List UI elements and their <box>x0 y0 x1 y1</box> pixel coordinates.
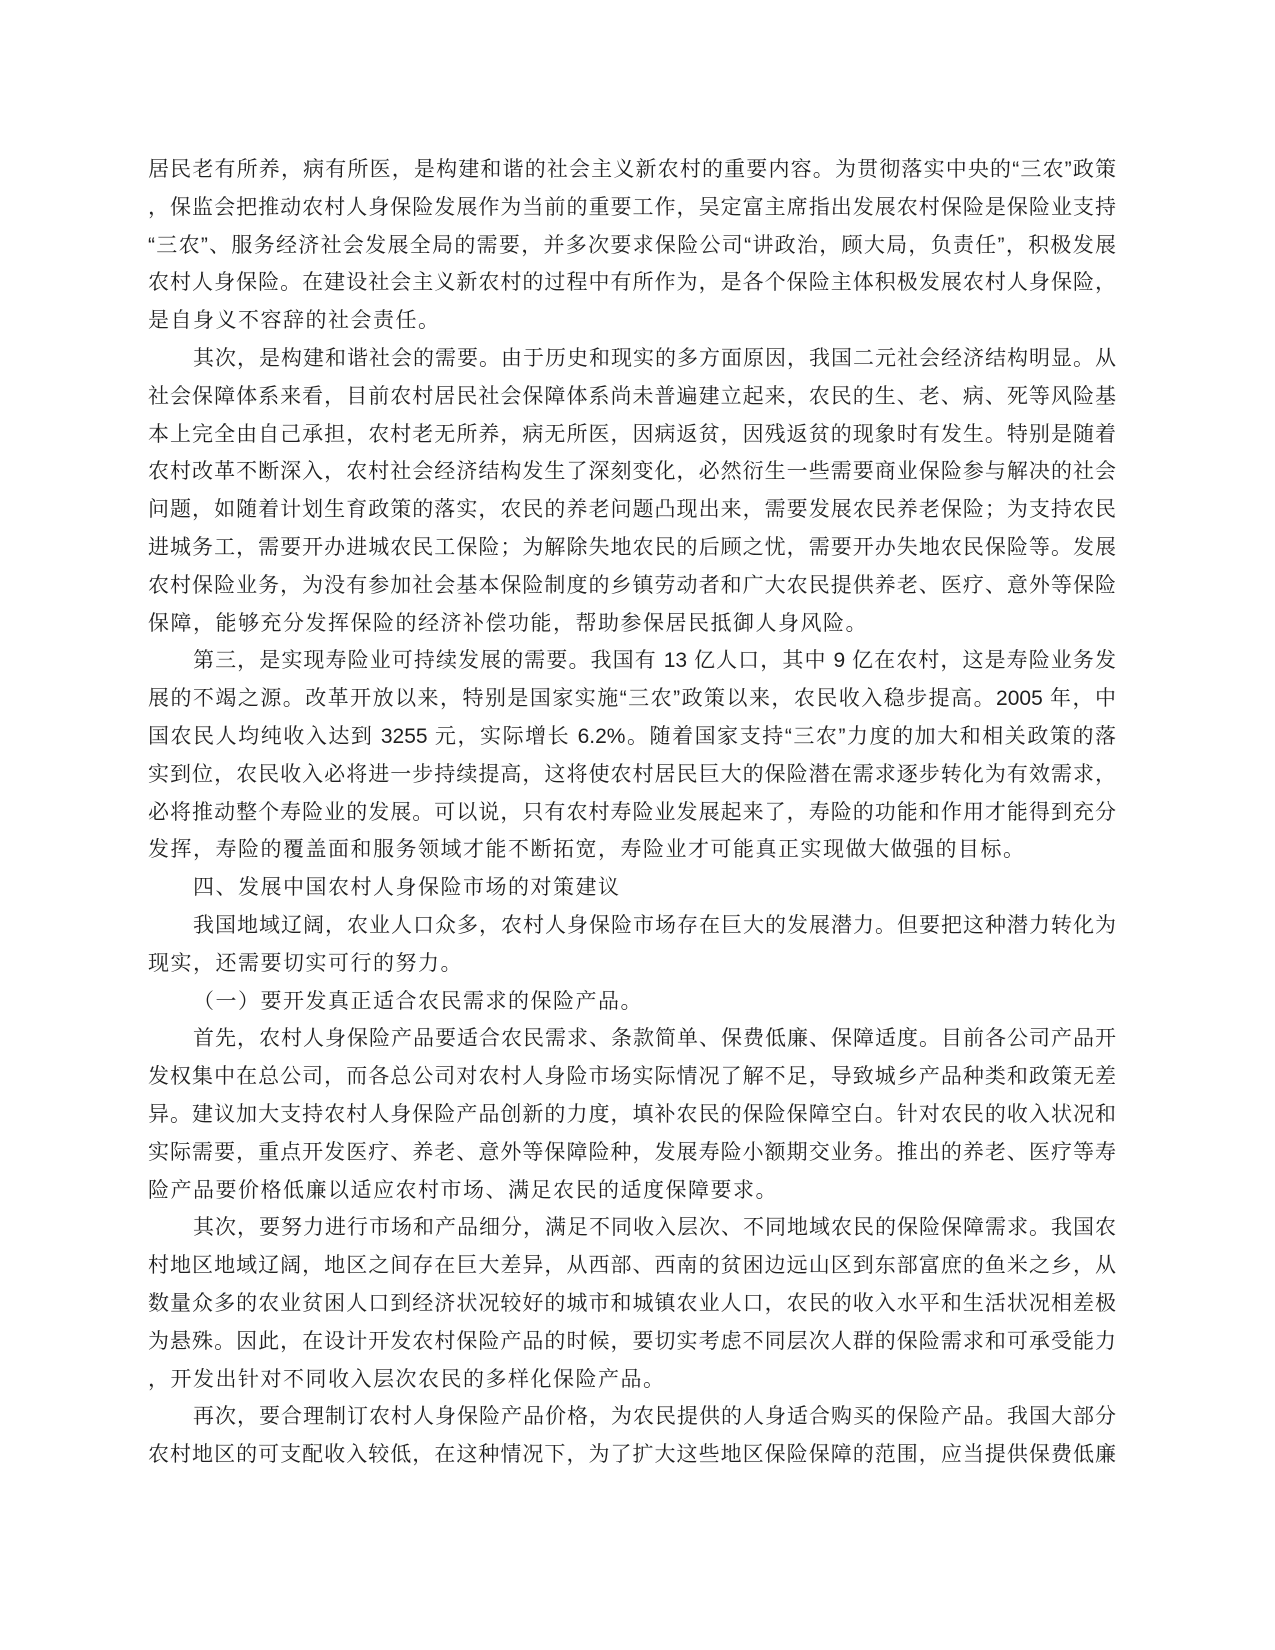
paragraph: 首先，农村人身保险产品要适合农民需求、条款简单、保费低廉、保障适度。目前各公司产… <box>148 1020 1116 1209</box>
subsection-heading: （一）要开发真正适合农民需求的保险产品。 <box>148 983 1116 1021</box>
text-line: 农村人身保险。在建设社会主义新农村的过程中有所作为，是各个保险主体积极发展农村人… <box>148 264 1116 302</box>
section-heading: 四、发展中国农村人身保险市场的对策建议 <box>148 869 1116 907</box>
text-line: 进城务工，需要开办进城农民工保险；为解除失地农民的后顾之忧，需要开办失地农民保险… <box>148 529 1116 567</box>
text-line: 第三，是实现寿险业可持续发展的需要。我国有 13 亿人口，其中 9 亿在农村，这… <box>148 642 1116 680</box>
paragraph: 第三，是实现寿险业可持续发展的需要。我国有 13 亿人口，其中 9 亿在农村，这… <box>148 642 1116 869</box>
text-line: ，保监会把推动农村人身保险发展作为当前的重要工作，吴定富主席指出发展农村保险是保… <box>148 189 1116 227</box>
paragraph: 再次，要合理制订农村人身保险产品价格，为农民提供的人身适合购买的保险产品。我国大… <box>148 1398 1116 1474</box>
text-line: 发权集中在总公司，而各总公司对农村人身险市场实际情况了解不足，导致城乡产品种类和… <box>148 1058 1116 1096</box>
text-line: 其次，要努力进行市场和产品细分，满足不同收入层次、不同地域农民的保险保障需求。我… <box>148 1209 1116 1247</box>
text-line: 农村保险业务，为没有参加社会基本保险制度的乡镇劳动者和广大农民提供养老、医疗、意… <box>148 567 1116 605</box>
text-line: 险产品要价格低廉以适应农村市场、满足农民的适度保障要求。 <box>148 1172 1116 1210</box>
paragraph: 居民老有所养，病有所医，是构建和谐的社会主义新农村的重要内容。为贯彻落实中央的“… <box>148 151 1116 340</box>
paragraph: 我国地域辽阔，农业人口众多，农村人身保险市场存在巨大的发展潜力。但要把这种潜力转… <box>148 907 1116 983</box>
text-line: 保障，能够充分发挥保险的经济补偿功能，帮助参保居民抵御人身风险。 <box>148 605 1116 643</box>
text-line: 其次，是构建和谐社会的需要。由于历史和现实的多方面原因，我国二元社会经济结构明显… <box>148 340 1116 378</box>
text-line: 问题，如随着计划生育政策的落实，农民的养老问题凸现出来，需要发展农民养老保险；为… <box>148 491 1116 529</box>
text-line: 展的不竭之源。改革开放以来，特别是国家实施“三农”政策以来，农民收入稳步提高。2… <box>148 680 1116 718</box>
text-line: 异。建议加大支持农村人身保险产品创新的力度，填补农民的保险保障空白。针对农民的收… <box>148 1096 1116 1134</box>
text-line: 四、发展中国农村人身保险市场的对策建议 <box>148 869 1116 907</box>
text-line: 是自身义不容辞的社会责任。 <box>148 302 1116 340</box>
text-line: 实到位，农民收入必将进一步持续提高，这将使农村居民巨大的保险潜在需求逐步转化为有… <box>148 756 1116 794</box>
text-line: 我国地域辽阔，农业人口众多，农村人身保险市场存在巨大的发展潜力。但要把这种潜力转… <box>148 907 1116 945</box>
text-line: 再次，要合理制订农村人身保险产品价格，为农民提供的人身适合购买的保险产品。我国大… <box>148 1398 1116 1436</box>
text-line: 居民老有所养，病有所医，是构建和谐的社会主义新农村的重要内容。为贯彻落实中央的“… <box>148 151 1116 189</box>
text-line: 本上完全由自己承担，农村老无所养，病无所医，因病返贫，因残返贫的现象时有发生。特… <box>148 416 1116 454</box>
text-line: 首先，农村人身保险产品要适合农民需求、条款简单、保费低廉、保障适度。目前各公司产… <box>148 1020 1116 1058</box>
text-line: 农村地区的可支配收入较低，在这种情况下，为了扩大这些地区保险保障的范围，应当提供… <box>148 1436 1116 1474</box>
document-page: 居民老有所养，病有所医，是构建和谐的社会主义新农村的重要内容。为贯彻落实中央的“… <box>0 0 1275 1650</box>
text-line: 农村改革不断深入，农村社会经济结构发生了深刻变化，必然衍生一些需要商业保险参与解… <box>148 453 1116 491</box>
paragraph: 其次，是构建和谐社会的需要。由于历史和现实的多方面原因，我国二元社会经济结构明显… <box>148 340 1116 642</box>
document-text-block: 居民老有所养，病有所医，是构建和谐的社会主义新农村的重要内容。为贯彻落实中央的“… <box>148 151 1116 1474</box>
text-line: 国农民人均纯收入达到 3255 元，实际增长 6.2%。随着国家支持“三农”力度… <box>148 718 1116 756</box>
text-line: 必将推动整个寿险业的发展。可以说，只有农村寿险业发展起来了，寿险的功能和作用才能… <box>148 794 1116 832</box>
text-line: 发挥，寿险的覆盖面和服务领域才能不断拓宽，寿险业才可能真正实现做大做强的目标。 <box>148 831 1116 869</box>
text-line: 数量众多的农业贫困人口到经济状况较好的城市和城镇农业人口，农民的收入水平和生活状… <box>148 1285 1116 1323</box>
text-line: 现实，还需要切实可行的努力。 <box>148 945 1116 983</box>
text-line: ，开发出针对不同收入层次农民的多样化保险产品。 <box>148 1361 1116 1399</box>
paragraph: 其次，要努力进行市场和产品细分，满足不同收入层次、不同地域农民的保险保障需求。我… <box>148 1209 1116 1398</box>
text-line: （一）要开发真正适合农民需求的保险产品。 <box>148 983 1116 1021</box>
text-line: 社会保障体系来看，目前农村居民社会保障体系尚未普遍建立起来，农民的生、老、病、死… <box>148 378 1116 416</box>
text-line: 村地区地域辽阔，地区之间存在巨大差异，从西部、西南的贫困边远山区到东部富庶的鱼米… <box>148 1247 1116 1285</box>
text-line: 实际需要，重点开发医疗、养老、意外等保障险种，发展寿险小额期交业务。推出的养老、… <box>148 1134 1116 1172</box>
text-line: 为悬殊。因此，在设计开发农村保险产品的时候，要切实考虑不同层次人群的保险需求和可… <box>148 1323 1116 1361</box>
text-line: “三农”、服务经济社会发展全局的需要，并多次要求保险公司“讲政治，顾大局，负责任… <box>148 227 1116 265</box>
